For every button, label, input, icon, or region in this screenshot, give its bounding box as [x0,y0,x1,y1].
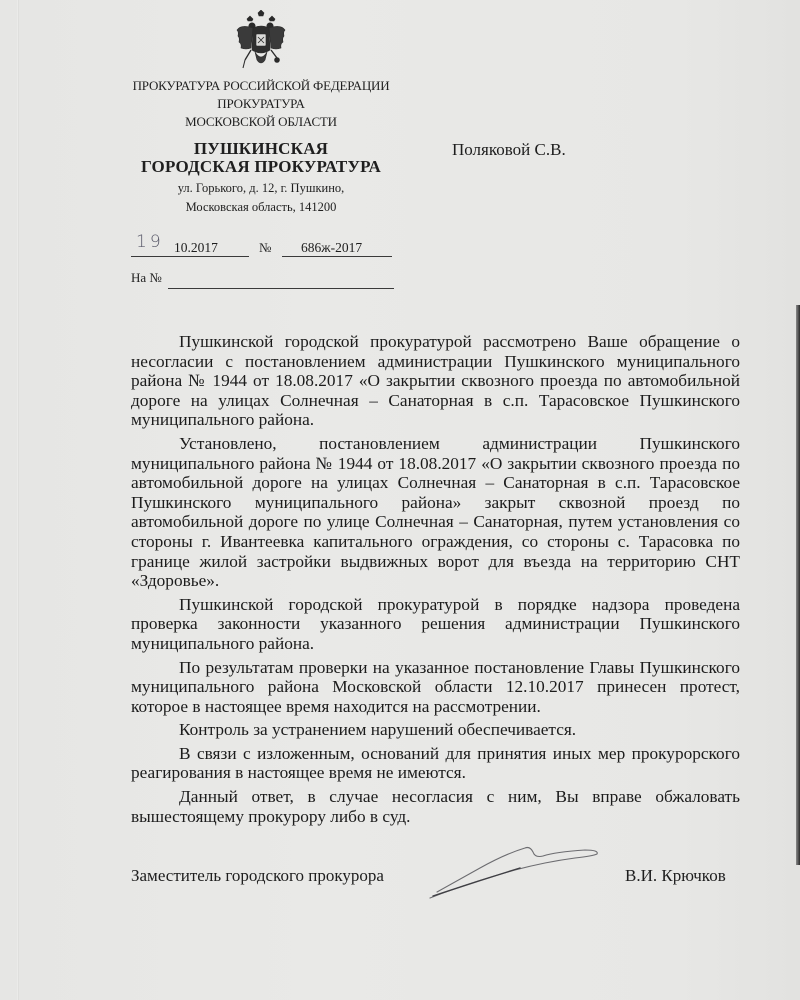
header-agency-federal: ПРОКУРАТУРА РОССИЙСКОЙ ФЕДЕРАЦИИ [128,78,394,94]
double-headed-eagle-emblem-icon [233,10,289,76]
scan-fold-line [17,0,19,1000]
reference-number-label: На № [131,270,162,286]
paragraph-inspection-conducted: Пушкинской городской прокуратурой в поря… [131,595,740,654]
signatory-title: Заместитель городского прокурора [131,866,384,886]
header-office-name-line2: ГОРОДСКАЯ ПРОКУРАТУРА [128,157,394,177]
scan-edge-shadow [796,305,800,865]
signatory-name: В.И. Крючков [625,866,726,886]
handwritten-signature-icon [425,840,625,902]
header-region: МОСКОВСКОЙ ОБЛАСТИ [128,114,394,130]
paragraph-no-further-measures: В связи с изложенным, оснований для прин… [131,744,740,783]
letter-date: 10.2017 [174,240,218,256]
letter-number: 686ж-2017 [301,240,362,256]
recipient-name: Поляковой С.В. [452,140,566,160]
number-sign-label: № [259,240,271,256]
header-agency: ПРОКУРАТУРА [128,96,394,112]
header-address-line2: Московская область, 141200 [128,200,394,215]
handwritten-day: 19 [136,232,164,252]
header-office-name-line1: ПУШКИНСКАЯ [128,139,394,159]
document-page: ПРОКУРАТУРА РОССИЙСКОЙ ФЕДЕРАЦИИ ПРОКУРА… [0,0,800,1000]
letter-body: Пушкинской городской прокуратурой рассмо… [131,332,740,826]
paragraph-appeal-rights: Данный ответ, в случае несогласия с ним,… [131,787,740,826]
paragraph-established-facts: Установлено, постановлением администраци… [131,434,740,591]
paragraph-control: Контроль за устранением нарушений обеспе… [131,720,740,740]
reference-number-field [168,270,394,289]
paragraph-protest-filed: По результатам проверки на указанное пос… [131,658,740,717]
header-address-line1: ул. Горького, д. 12, г. Пушкино, [128,181,394,196]
paragraph-appeal-reviewed: Пушкинской городской прокуратурой рассмо… [131,332,740,430]
